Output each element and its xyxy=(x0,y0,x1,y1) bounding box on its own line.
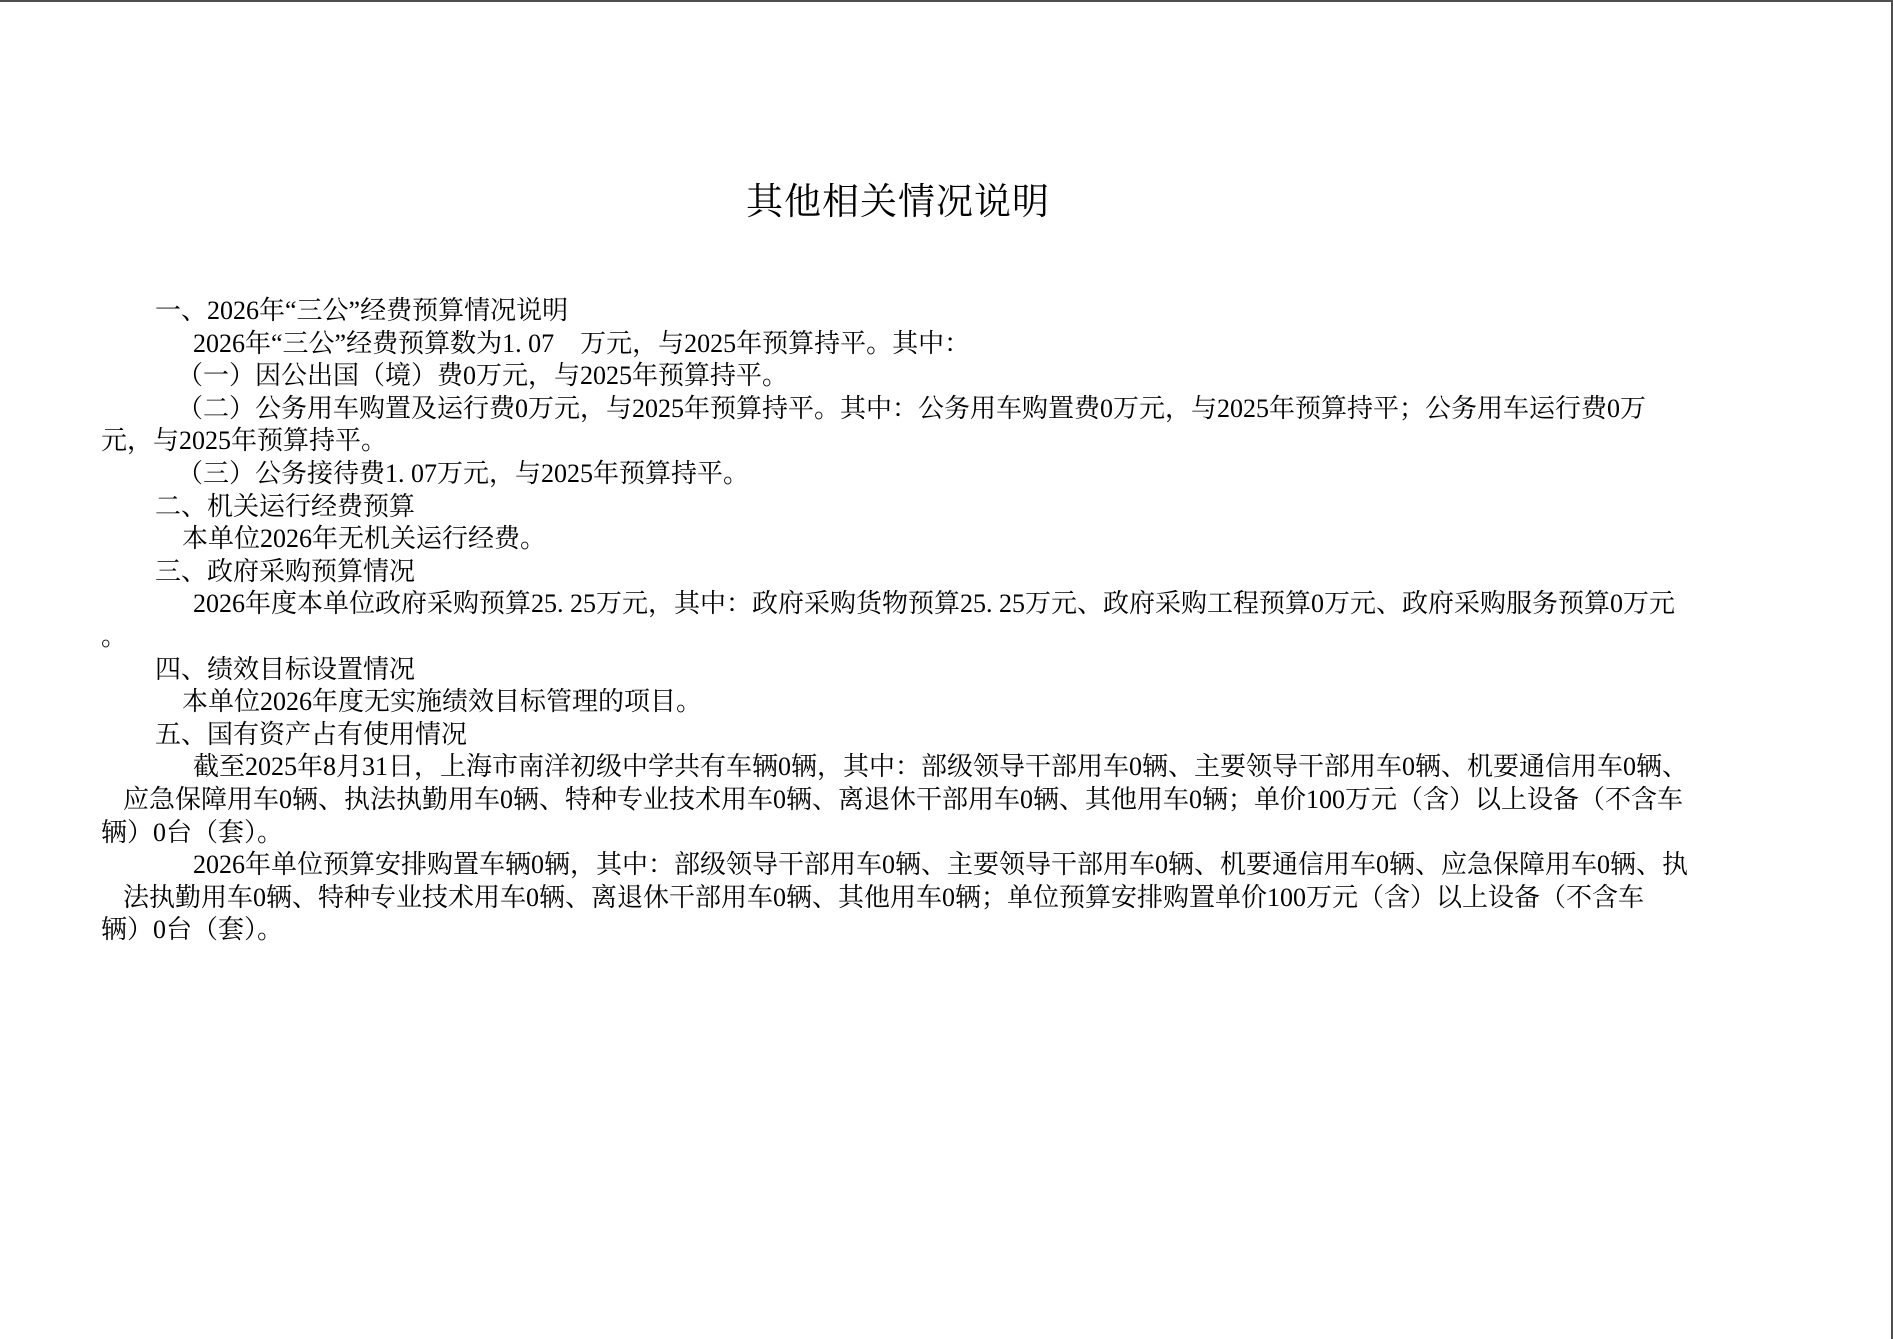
document-line: 2026年度本单位政府采购预算25. 25万元，其中：政府采购货物预算25. 2… xyxy=(101,588,1791,621)
page-title: 其他相关情况说明 xyxy=(0,2,1796,225)
document-line: （一）因公出国（境）费0万元，与2025年预算持平。 xyxy=(101,360,1791,393)
document-page: 其他相关情况说明 一、2026年“三公”经费预算情况说明2026年“三公”经费预… xyxy=(0,0,1893,1339)
document-line: 三、政府采购预算情况 xyxy=(101,556,1791,589)
document-line: 辆）0台（套）。 xyxy=(101,817,1791,850)
document-line: 本单位2026年无机关运行经费。 xyxy=(101,523,1791,556)
document-line: 二、机关运行经费预算 xyxy=(101,491,1791,524)
document-line: 五、国有资产占有使用情况 xyxy=(101,719,1791,752)
document-line: 2026年单位预算安排购置车辆0辆，其中：部级领导干部用车0辆、主要领导干部用车… xyxy=(101,849,1791,882)
document-line: 2026年“三公”经费预算数为1. 07 万元，与2025年预算持平。其中： xyxy=(101,328,1791,361)
document-line: 辆）0台（套）。 xyxy=(101,914,1791,947)
document-content: 其他相关情况说明 一、2026年“三公”经费预算情况说明2026年“三公”经费预… xyxy=(0,2,1796,947)
document-body: 一、2026年“三公”经费预算情况说明2026年“三公”经费预算数为1. 07 … xyxy=(101,295,1791,947)
document-line: 本单位2026年度无实施绩效目标管理的项目。 xyxy=(101,686,1791,719)
document-line: 法执勤用车0辆、特种专业技术用车0辆、离退休干部用车0辆、其他用车0辆；单位预算… xyxy=(101,882,1791,915)
document-line: （三）公务接待费1. 07万元，与2025年预算持平。 xyxy=(101,458,1791,491)
document-line: 元，与2025年预算持平。 xyxy=(101,425,1791,458)
document-line: （二）公务用车购置及运行费0万元，与2025年预算持平。其中：公务用车购置费0万… xyxy=(101,393,1791,426)
document-line: 截至2025年8月31日，上海市南洋初级中学共有车辆0辆，其中：部级领导干部用车… xyxy=(101,751,1791,784)
document-line: 应急保障用车0辆、执法执勤用车0辆、特种专业技术用车0辆、离退休干部用车0辆、其… xyxy=(101,784,1791,817)
document-line: 。 xyxy=(101,621,1791,654)
document-line: 四、绩效目标设置情况 xyxy=(101,654,1791,687)
document-line: 一、2026年“三公”经费预算情况说明 xyxy=(101,295,1791,328)
